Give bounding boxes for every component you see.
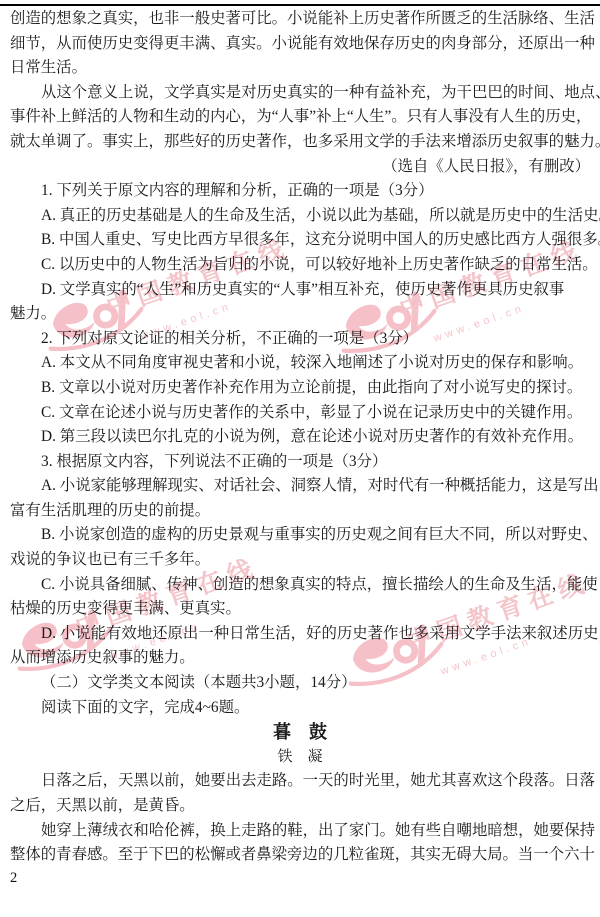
passage-line: 事件补上鲜活的人物和生动的内心，为“人事”补上“人生”。只有人事没有人生的历史， bbox=[10, 105, 590, 130]
reading-title: 暮 鼓 bbox=[10, 720, 590, 745]
passage-line: 细节，从而使历史变得更丰满、真实。小说能有效地保存历史的肉身部分，还原出一种 bbox=[10, 32, 590, 57]
story-line: 之后，天黑以前，是黄昏。 bbox=[10, 794, 590, 819]
question-2-option-a: A. 本文从不同角度审视史著和小说，较深入地阐述了小说对历史的保存和影响。 bbox=[10, 351, 590, 376]
story-line: 整体的青春感。至于下巴的松懈或者鼻梁旁边的几粒雀斑，其实无碍大局。当一个六十 bbox=[10, 843, 590, 868]
question-1-option-c: C. 以历史中的人物生活为旨归的小说，可以较好地补上历史著作缺乏的日常生活。 bbox=[10, 253, 590, 278]
question-3-option-a-cont: 富有生活肌理的历史的前提。 bbox=[10, 499, 590, 524]
scanned-exam-page: 中国教育在线 www.eol.cn 中国教育在线 www.eol.cn 中国教育… bbox=[0, 0, 600, 917]
question-3-option-d: D. 小说能有效地还原出一种日常生活，好的历史著作也多采用文学手法来叙述历史， bbox=[10, 622, 590, 647]
top-rule bbox=[0, 4, 600, 6]
question-2-stem: 2. 下列对原文论证的相关分析，不正确的一项是（3分） bbox=[10, 327, 590, 352]
passage-line: 日常生活。 bbox=[10, 56, 590, 81]
question-2-option-c: C. 文章在论述小说与历史著作的关系中，彰显了小说在记录历史中的关键作用。 bbox=[10, 401, 590, 426]
reading-instruction: 阅读下面的文字，完成4~6题。 bbox=[10, 696, 590, 721]
passage-line: 就太单调了。事实上，那些好的历史著作，也多采用文学的手法来增添历史叙事的魅力。 bbox=[10, 130, 590, 155]
question-3-stem: 3. 根据原文内容，下列说法不正确的一项是（3分） bbox=[10, 450, 590, 475]
source-citation: （选自《人民日报》，有删改） bbox=[10, 155, 590, 180]
question-3-option-c: C. 小说具备细腻、传神、创造的想象真实的特点，擅长描绘人的生命及生活，能使 bbox=[10, 573, 590, 598]
passage-line: 从这个意义上说，文学真实是对历史真实的一种有益补充，为干巴巴的时间、地点、 bbox=[10, 81, 590, 106]
question-1-option-d: D. 文学真实的“人生”和历史真实的“人事”相互补充，使历史著作更具历史叙事 bbox=[10, 278, 590, 303]
question-3-option-a: A. 小说家能够理解现实、对话社会、洞察人情，对时代有一种概括能力，这是写出 bbox=[10, 474, 590, 499]
question-2-option-d: D. 第三段以读巴尔扎克的小说为例，意在论述小说对历史著作的有效补充作用。 bbox=[10, 425, 590, 450]
question-3-option-d-cont: 从而增添历史叙事的魅力。 bbox=[10, 646, 590, 671]
page-number: 2 bbox=[10, 870, 17, 887]
section-2-heading: （二）文学类文本阅读（本题共3小题，14分） bbox=[10, 671, 590, 696]
document-body: 创造的想象之真实，也非一般史著可比。小说能补上历史著作所匮乏的生活脉络、生活 细… bbox=[10, 7, 590, 868]
question-1-option-a: A. 真正的历史基础是人的生命及生活，小说以此为基础，所以就是历史中的生活史。 bbox=[10, 204, 590, 229]
question-3-option-c-cont: 枯燥的历史变得更丰满、更真实。 bbox=[10, 597, 590, 622]
story-line: 她穿上薄绒衣和哈伦裤，换上走路的鞋，出了家门。她有些自嘲地暗想，她要保持 bbox=[10, 819, 590, 844]
story-line: 日落之后，天黑以前，她要出去走路。一天的时光里，她尤其喜欢这个段落。日落 bbox=[10, 769, 590, 794]
reading-author: 铁 凝 bbox=[10, 745, 590, 770]
passage-line: 创造的想象之真实，也非一般史著可比。小说能补上历史著作所匮乏的生活脉络、生活 bbox=[10, 7, 590, 32]
question-3-option-b: B. 小说家创造的虚构的历史景观与重事实的历史观之间有巨大不同，所以对野史、 bbox=[10, 523, 590, 548]
question-1-stem: 1. 下列关于原文内容的理解和分析，正确的一项是（3分） bbox=[10, 179, 590, 204]
question-3-option-b-cont: 戏说的争议也已有三千多年。 bbox=[10, 548, 590, 573]
question-2-option-b: B. 文章以小说对历史著作补充作用为立论前提，由此指向了对小说写史的探讨。 bbox=[10, 376, 590, 401]
question-1-option-b: B. 中国人重史、写史比西方早很多年，这充分说明中国人的历史感比西方人强很多。 bbox=[10, 228, 590, 253]
question-1-option-d-cont: 魅力。 bbox=[10, 302, 590, 327]
